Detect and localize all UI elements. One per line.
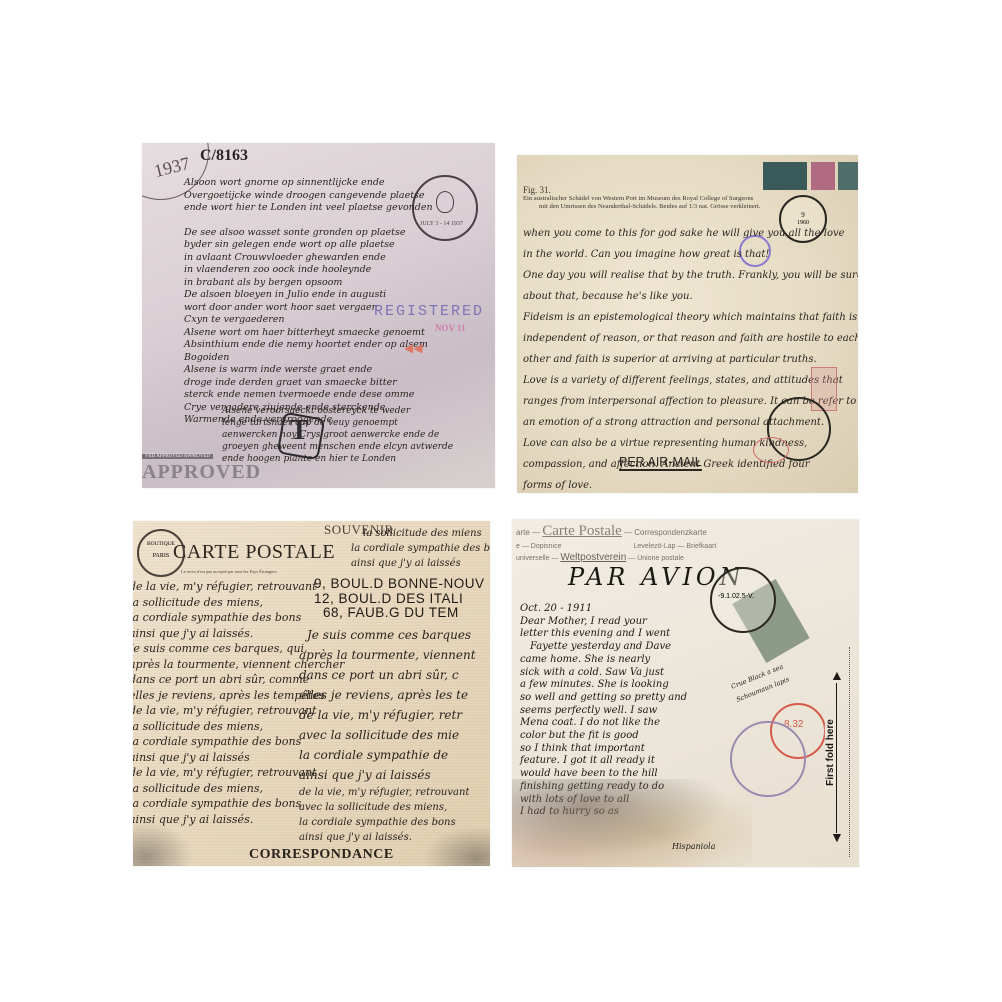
handwriting-block-lower: Alsene veroorsaeckt oostereyck te weder … bbox=[222, 405, 453, 465]
approved-small: VED APPROVED APPROVED bbox=[142, 454, 213, 459]
postage-stamp-2 bbox=[811, 162, 835, 190]
header-number: C/8163 bbox=[200, 147, 248, 165]
map-label-hispaniola: Hispaniola bbox=[672, 841, 715, 854]
approved-stamp: APPROVED bbox=[142, 461, 261, 484]
arrow-marks: ◀◀ bbox=[404, 341, 422, 356]
fold-arrow-down: ▼ bbox=[830, 831, 844, 847]
fold-line bbox=[836, 683, 837, 833]
handwriting-right: Je suis comme ces barques après la tourm… bbox=[299, 625, 476, 845]
postcard-top-left: 1937 C/8163 JULY 3 - 14 1937 Alsoon wort… bbox=[142, 143, 495, 488]
postage-due-mark: T bbox=[290, 415, 309, 447]
caption-line-2: mit den Umrissen des Neanderthal-Schädel… bbox=[539, 203, 760, 210]
airmail-label: PER AIR-MAIL bbox=[619, 455, 702, 471]
footer-label: CORRESPONDANCE bbox=[249, 847, 394, 863]
dotted-fold-guide bbox=[849, 647, 850, 857]
header-row-2: e — Dopisnice Levelezö-Lap — Briefkaart bbox=[516, 543, 716, 550]
postcard-bottom-right: arte — Carte Postale — Correspondenzkart… bbox=[512, 519, 859, 867]
side-note: Crue Black a sea Schoumaun lapis bbox=[729, 659, 792, 706]
header-row-3: universelle — Weltpostverein — Unione po… bbox=[516, 552, 684, 563]
registered-stamp: REGISTERED bbox=[374, 303, 484, 320]
header-row-1: arte — Carte Postale — Correspondenzkart… bbox=[516, 523, 707, 540]
postage-stamp-1 bbox=[763, 162, 807, 190]
figure-label: Fig. 31. bbox=[523, 185, 551, 195]
fold-label: First fold here bbox=[825, 716, 836, 789]
fine-print: Le recto n'est pas accepté par tous les … bbox=[181, 569, 278, 574]
card-title: CARTE POSTALE bbox=[173, 541, 335, 564]
floral-corner-left bbox=[133, 821, 193, 866]
hermannsburg-postmark: -9.1.02.5-V. bbox=[710, 567, 776, 633]
registered-date: NOV 11 bbox=[435, 323, 466, 333]
floral-corner-right bbox=[423, 826, 490, 866]
watercolor-map bbox=[512, 779, 752, 867]
postcard-bottom-left: SOUVENIR BOUTIQUE PARIS CARTE POSTALE Le… bbox=[133, 521, 490, 866]
postcard-top-right: Fig. 31. Ein australischer Schädel von W… bbox=[517, 155, 858, 493]
handwriting-block: Alsoon wort gnorne op sinnentlijcke ende… bbox=[184, 177, 433, 427]
red-oval-stamp bbox=[753, 437, 789, 463]
handwriting-right-top: la sollicitude des miens la cordiale sym… bbox=[351, 526, 490, 571]
caption-line-1: Ein australischer Schädel von Western Po… bbox=[523, 195, 753, 202]
postage-stamp-3 bbox=[838, 162, 858, 190]
